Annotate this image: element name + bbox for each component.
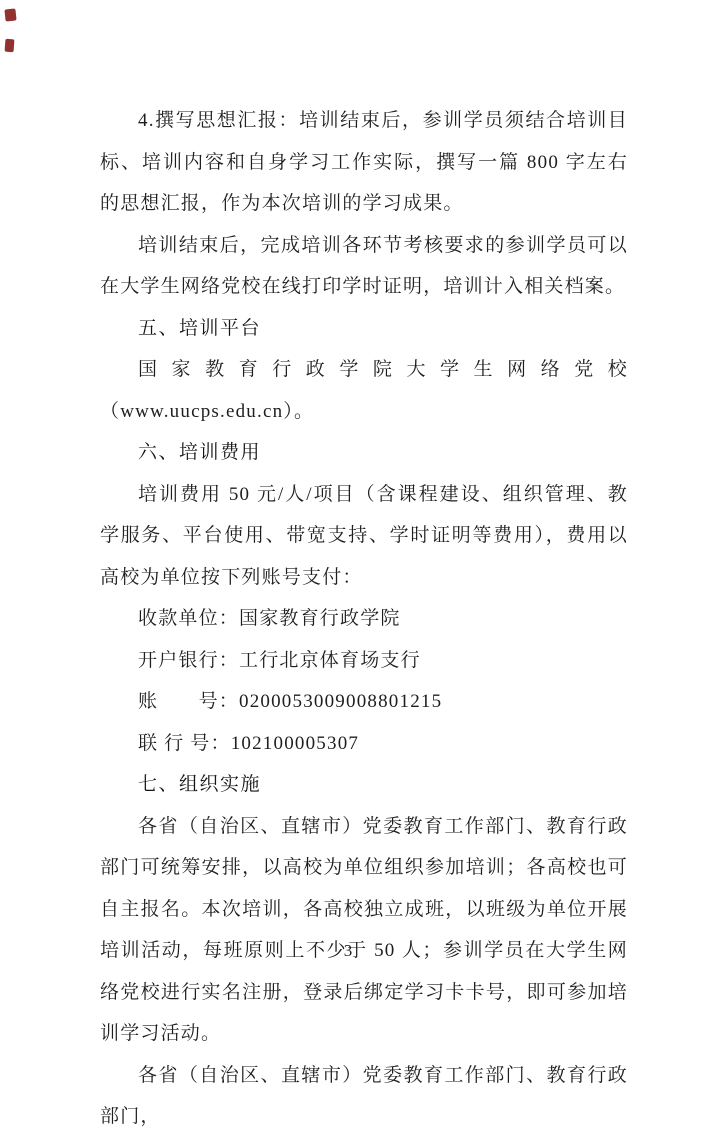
heading-organization: 七、组织实施 [100,764,628,806]
document-body: 4.撰写思想汇报：培训结束后，参训学员须结合培训目标、培训内容和自身学习工作实际… [100,100,628,1138]
corner-stamp-mark-bottom [5,39,15,53]
paragraph-organization-contact: 各省（自治区、直辖市）党委教育工作部门、教育行政部门， [100,1055,628,1138]
corner-stamp-mark-top [4,8,16,21]
document-page: 4.撰写思想汇报：培训结束后，参训学员须结合培训目标、培训内容和自身学习工作实际… [0,0,728,1147]
paragraph-fee-description: 培训费用 50 元/人/项目（含课程建设、组织管理、教学服务、平台使用、带宽支持… [100,474,628,599]
paragraph-study-certificate: 培训结束后，完成培训各环节考核要求的参训学员可以在大学生网络党校在线打印学时证明… [100,225,628,308]
heading-training-fee: 六、培训费用 [100,432,628,474]
heading-training-platform: 五、培训平台 [100,308,628,350]
line-bank-routing-number: 联 行 号：102100005307 [100,723,628,765]
line-opening-bank: 开户银行：工行北京体育场支行 [100,640,628,682]
line-payee-unit: 收款单位：国家教育行政学院 [100,598,628,640]
page-number: 3 [0,941,696,961]
paragraph-thought-report: 4.撰写思想汇报：培训结束后，参训学员须结合培训目标、培训内容和自身学习工作实际… [100,100,628,225]
line-account-number: 账 号：0200053009008801215 [100,681,628,723]
paragraph-organization-details: 各省（自治区、直辖市）党委教育工作部门、教育行政部门可统筹安排，以高校为单位组织… [100,806,628,1055]
paragraph-platform-url: 国家教育行政学院大学生网络党校（www.uucps.edu.cn）。 [100,349,628,432]
